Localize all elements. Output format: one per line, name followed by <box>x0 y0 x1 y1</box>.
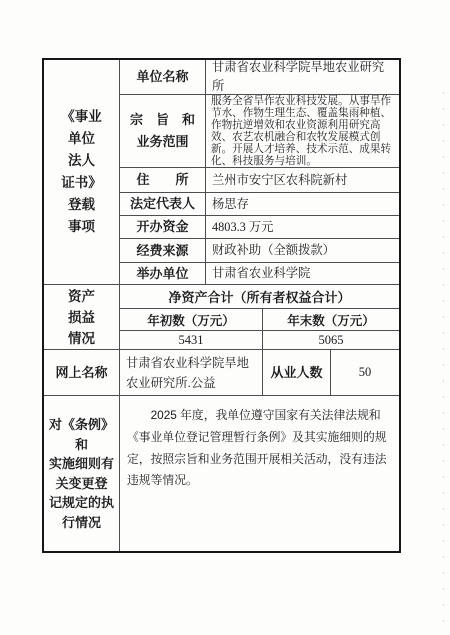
opening-capital-unit: 万元 <box>249 218 274 237</box>
year-end-value: 5065 <box>263 331 399 350</box>
opening-capital-value: 4803.3 万元 <box>206 216 399 239</box>
net-assets-header: 净资产合计（所有者权益合计） <box>120 285 399 309</box>
address-value: 兰州市安宁区农科院新村 <box>206 168 399 193</box>
opening-capital-label: 开办资金 <box>120 216 206 239</box>
staff-count-value: 50 <box>331 350 399 396</box>
address-label: 住 所 <box>120 168 206 193</box>
legal-representative-label: 法定代表人 <box>120 193 206 216</box>
organizer-value: 甘肃省农业科学院 <box>206 263 399 285</box>
staff-count-label: 从业人数 <box>263 350 331 396</box>
mission-label: 宗 旨 和 业务范围 <box>120 95 206 168</box>
organizer-label: 举办单位 <box>120 263 206 285</box>
legal-representative-value: 杨思存 <box>206 193 399 216</box>
funding-source-label: 经费来源 <box>120 239 206 263</box>
compliance-section-label: 对《条例》 和 实施细则有 关变更登 记规定的执 行情况 <box>44 396 120 551</box>
year-begin-label: 年初数（万元） <box>120 309 263 331</box>
online-name-value: 甘肃省农业科学院旱地农业研究所.公益 <box>120 350 263 396</box>
online-name-label: 网上名称 <box>44 350 120 396</box>
unit-name-label: 单位名称 <box>120 60 206 95</box>
unit-name-value: 甘肃省农业科学院旱地农业研究所 <box>206 60 399 95</box>
assets-section-label: 资产 损益 情况 <box>44 285 120 350</box>
year-begin-value: 5431 <box>120 331 263 350</box>
mission-value: 服务全省旱作农业科技发展。从事旱作节水、作物生理生态、覆盖集雨种植、作物抗逆增效… <box>206 95 399 168</box>
certificate-section-label: 《事业 单位 法人 证书》 登载 事项 <box>44 60 120 285</box>
year-end-label: 年末数（万元） <box>263 309 399 331</box>
compliance-statement: 2025 年度，我单位遵守国家有关法律法规和《事业单位登记管理暂行条例》及其实施… <box>120 396 399 551</box>
scan-artifact <box>443 92 444 622</box>
opening-capital-amount: 4803.3 <box>212 218 246 237</box>
funding-source-value: 财政补助（全额拨款） <box>206 239 399 263</box>
document-page: 《事业 单位 法人 证书》 登载 事项 单位名称 甘肃省农业科学院旱地农业研究所… <box>0 0 450 635</box>
registration-form-table: 《事业 单位 法人 证书》 登载 事项 单位名称 甘肃省农业科学院旱地农业研究所… <box>42 58 401 553</box>
